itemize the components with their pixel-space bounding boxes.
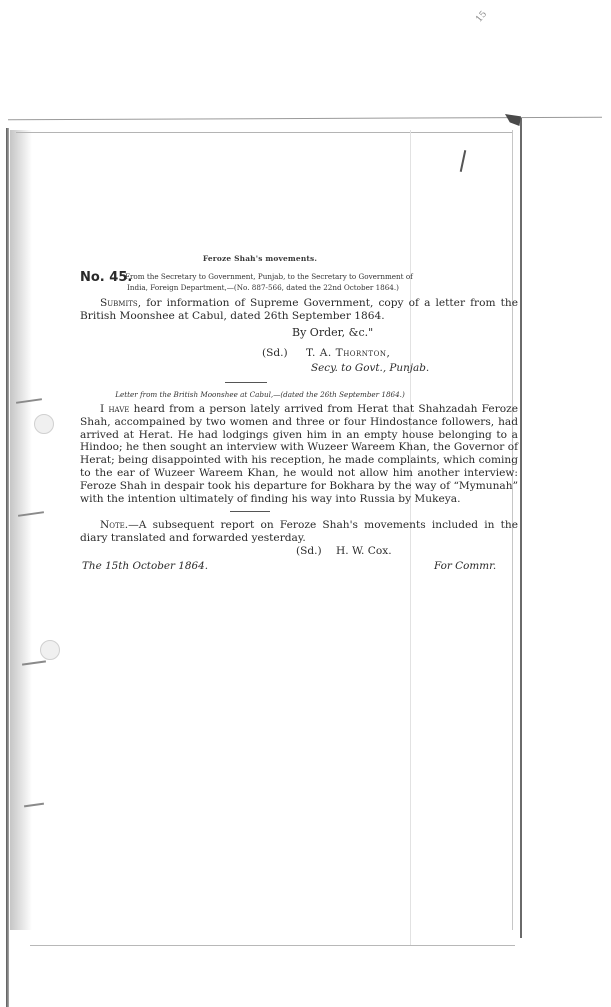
inner-page-edge-right xyxy=(520,118,522,938)
corner-fold-icon xyxy=(505,114,521,126)
letter-heading: Letter from the British Moonshee at Cabu… xyxy=(80,390,440,399)
page-edge-left xyxy=(6,128,9,1007)
letter-body: heard from a person lately arrived from … xyxy=(80,403,518,505)
signed-marker-1: (Sd.) xyxy=(262,347,288,359)
by-order: By Order, &c." xyxy=(292,326,373,339)
punch-hole-icon xyxy=(34,414,54,434)
punch-hole-icon xyxy=(40,640,60,660)
section-divider xyxy=(230,511,270,512)
header-line-1: From the Secretary to Government, Punjab… xyxy=(125,271,530,282)
pencil-page-number: 15 xyxy=(474,9,489,24)
binding-shadow xyxy=(10,130,32,930)
signatory-2-title: For Commr. xyxy=(434,560,496,572)
submits-text: for information of Supreme Government, c… xyxy=(80,297,518,322)
inner-page-edge-top xyxy=(16,132,512,133)
inner-page-edge-bottom xyxy=(30,945,515,946)
section-divider xyxy=(225,382,267,383)
date-line: The 15th October 1864. xyxy=(82,560,208,572)
submits-paragraph: Submits, for information of Supreme Gove… xyxy=(80,297,518,323)
submits-lead: Submits, xyxy=(100,297,141,309)
pencil-tick-mark xyxy=(460,150,467,172)
letter-lead: I have xyxy=(100,403,129,415)
note-lead: Note. xyxy=(100,519,128,531)
document-title: Feroze Shah's movements. xyxy=(80,254,440,263)
note-paragraph: Note.—A subsequent report on Feroze Shah… xyxy=(80,519,518,545)
signed-marker-2: (Sd.) xyxy=(296,545,322,557)
document-header: From the Secretary to Government, Punjab… xyxy=(125,271,530,293)
signatory-2-name: H. W. Cox. xyxy=(336,545,392,557)
note-text: —A subsequent report on Feroze Shah's mo… xyxy=(80,519,518,544)
letter-body-paragraph: I have heard from a person lately arrive… xyxy=(80,403,518,505)
signatory-1-title: Secy. to Govt., Punjab. xyxy=(311,362,429,374)
signatory-1-name: T. A. Thornton, xyxy=(306,347,390,359)
header-line-2: India, Foreign Department,—(No. 887-566,… xyxy=(125,282,530,293)
